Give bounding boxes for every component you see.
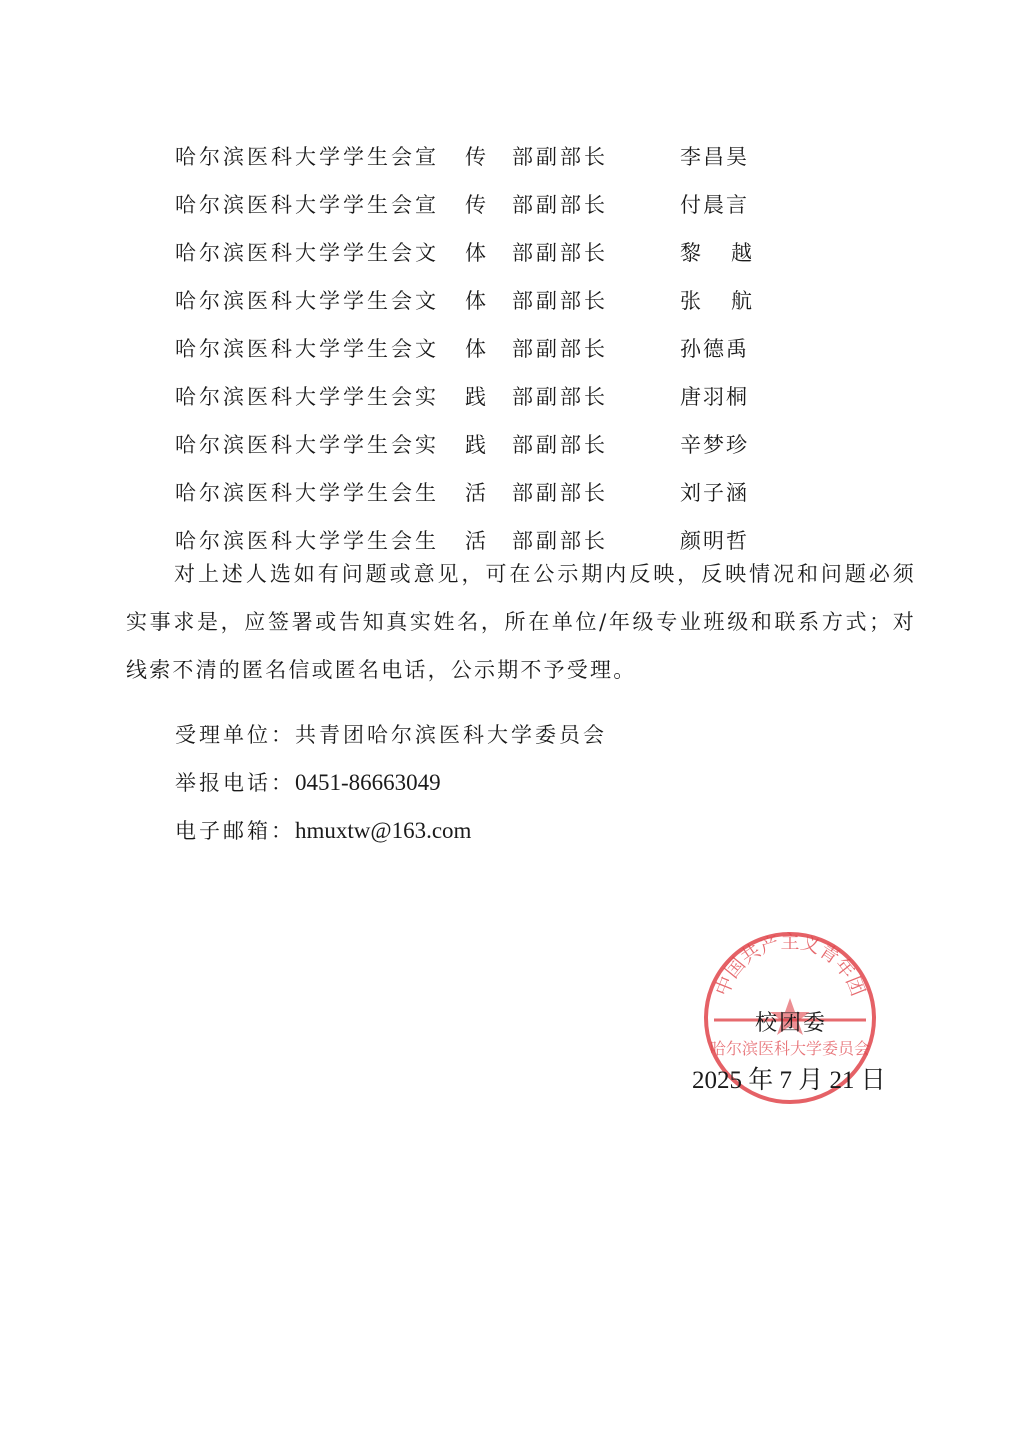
position-title: 部副部长 [512,430,608,460]
position-title: 部副部长 [512,382,608,412]
svg-text:中国共产主义青年团: 中国共产主义青年团 [711,931,869,999]
org-name: 哈尔滨医科大学学生会宣 [175,142,439,172]
dept-name: 践 [465,430,486,460]
dept-name: 体 [465,334,486,364]
contact-unit: 受理单位：共青团哈尔滨医科大学委员会 [175,720,607,750]
person-name: 刘子涵 [680,478,749,508]
person-name: 李昌昊 [680,142,749,172]
position-title: 部副部长 [512,190,608,220]
org-name: 哈尔滨医科大学学生会实 [175,430,439,460]
person-name: 孙德禹 [680,334,749,364]
phone-label: 举报电话： [175,771,295,795]
dept-name: 传 [465,190,486,220]
person-name: 付晨言 [680,190,749,220]
person-name: 黎越 [680,238,782,268]
issue-date: 2025 年 7 月 21 日 [692,1060,886,1096]
objection-notice: 对上述人选如有问题或意见，可在公示期内反映，反映情况和问题必须实事求是，应签署或… [126,550,916,694]
position-title: 部副部长 [512,286,608,316]
person-name: 张航 [680,286,782,316]
dept-name: 传 [465,142,486,172]
signature: 校团委 [755,1006,827,1037]
position-title: 部副部长 [512,238,608,268]
contact-phone: 举报电话：0451-86663049 [175,768,441,798]
unit-value: 共青团哈尔滨医科大学委员会 [295,723,607,747]
dept-name: 体 [465,286,486,316]
org-name: 哈尔滨医科大学学生会文 [175,238,439,268]
position-title: 部副部长 [512,478,608,508]
org-name: 哈尔滨医科大学学生会生 [175,478,439,508]
position-title: 部副部长 [512,142,608,172]
dept-name: 活 [465,478,486,508]
email-label: 电子邮箱： [175,819,295,843]
svg-text:哈尔滨医科大学委员会: 哈尔滨医科大学委员会 [710,1039,870,1058]
phone-value: 0451-86663049 [295,770,441,795]
email-value: hmuxtw@163.com [295,818,471,843]
org-name: 哈尔滨医科大学学生会实 [175,382,439,412]
person-name: 唐羽桐 [680,382,749,412]
dept-name: 践 [465,382,486,412]
org-name: 哈尔滨医科大学学生会宣 [175,190,439,220]
dept-name: 体 [465,238,486,268]
person-name: 辛梦珍 [680,430,749,460]
contact-email: 电子邮箱：hmuxtw@163.com [175,816,471,846]
org-name: 哈尔滨医科大学学生会文 [175,286,439,316]
unit-label: 受理单位： [175,723,295,747]
org-name: 哈尔滨医科大学学生会文 [175,334,439,364]
position-title: 部副部长 [512,334,608,364]
